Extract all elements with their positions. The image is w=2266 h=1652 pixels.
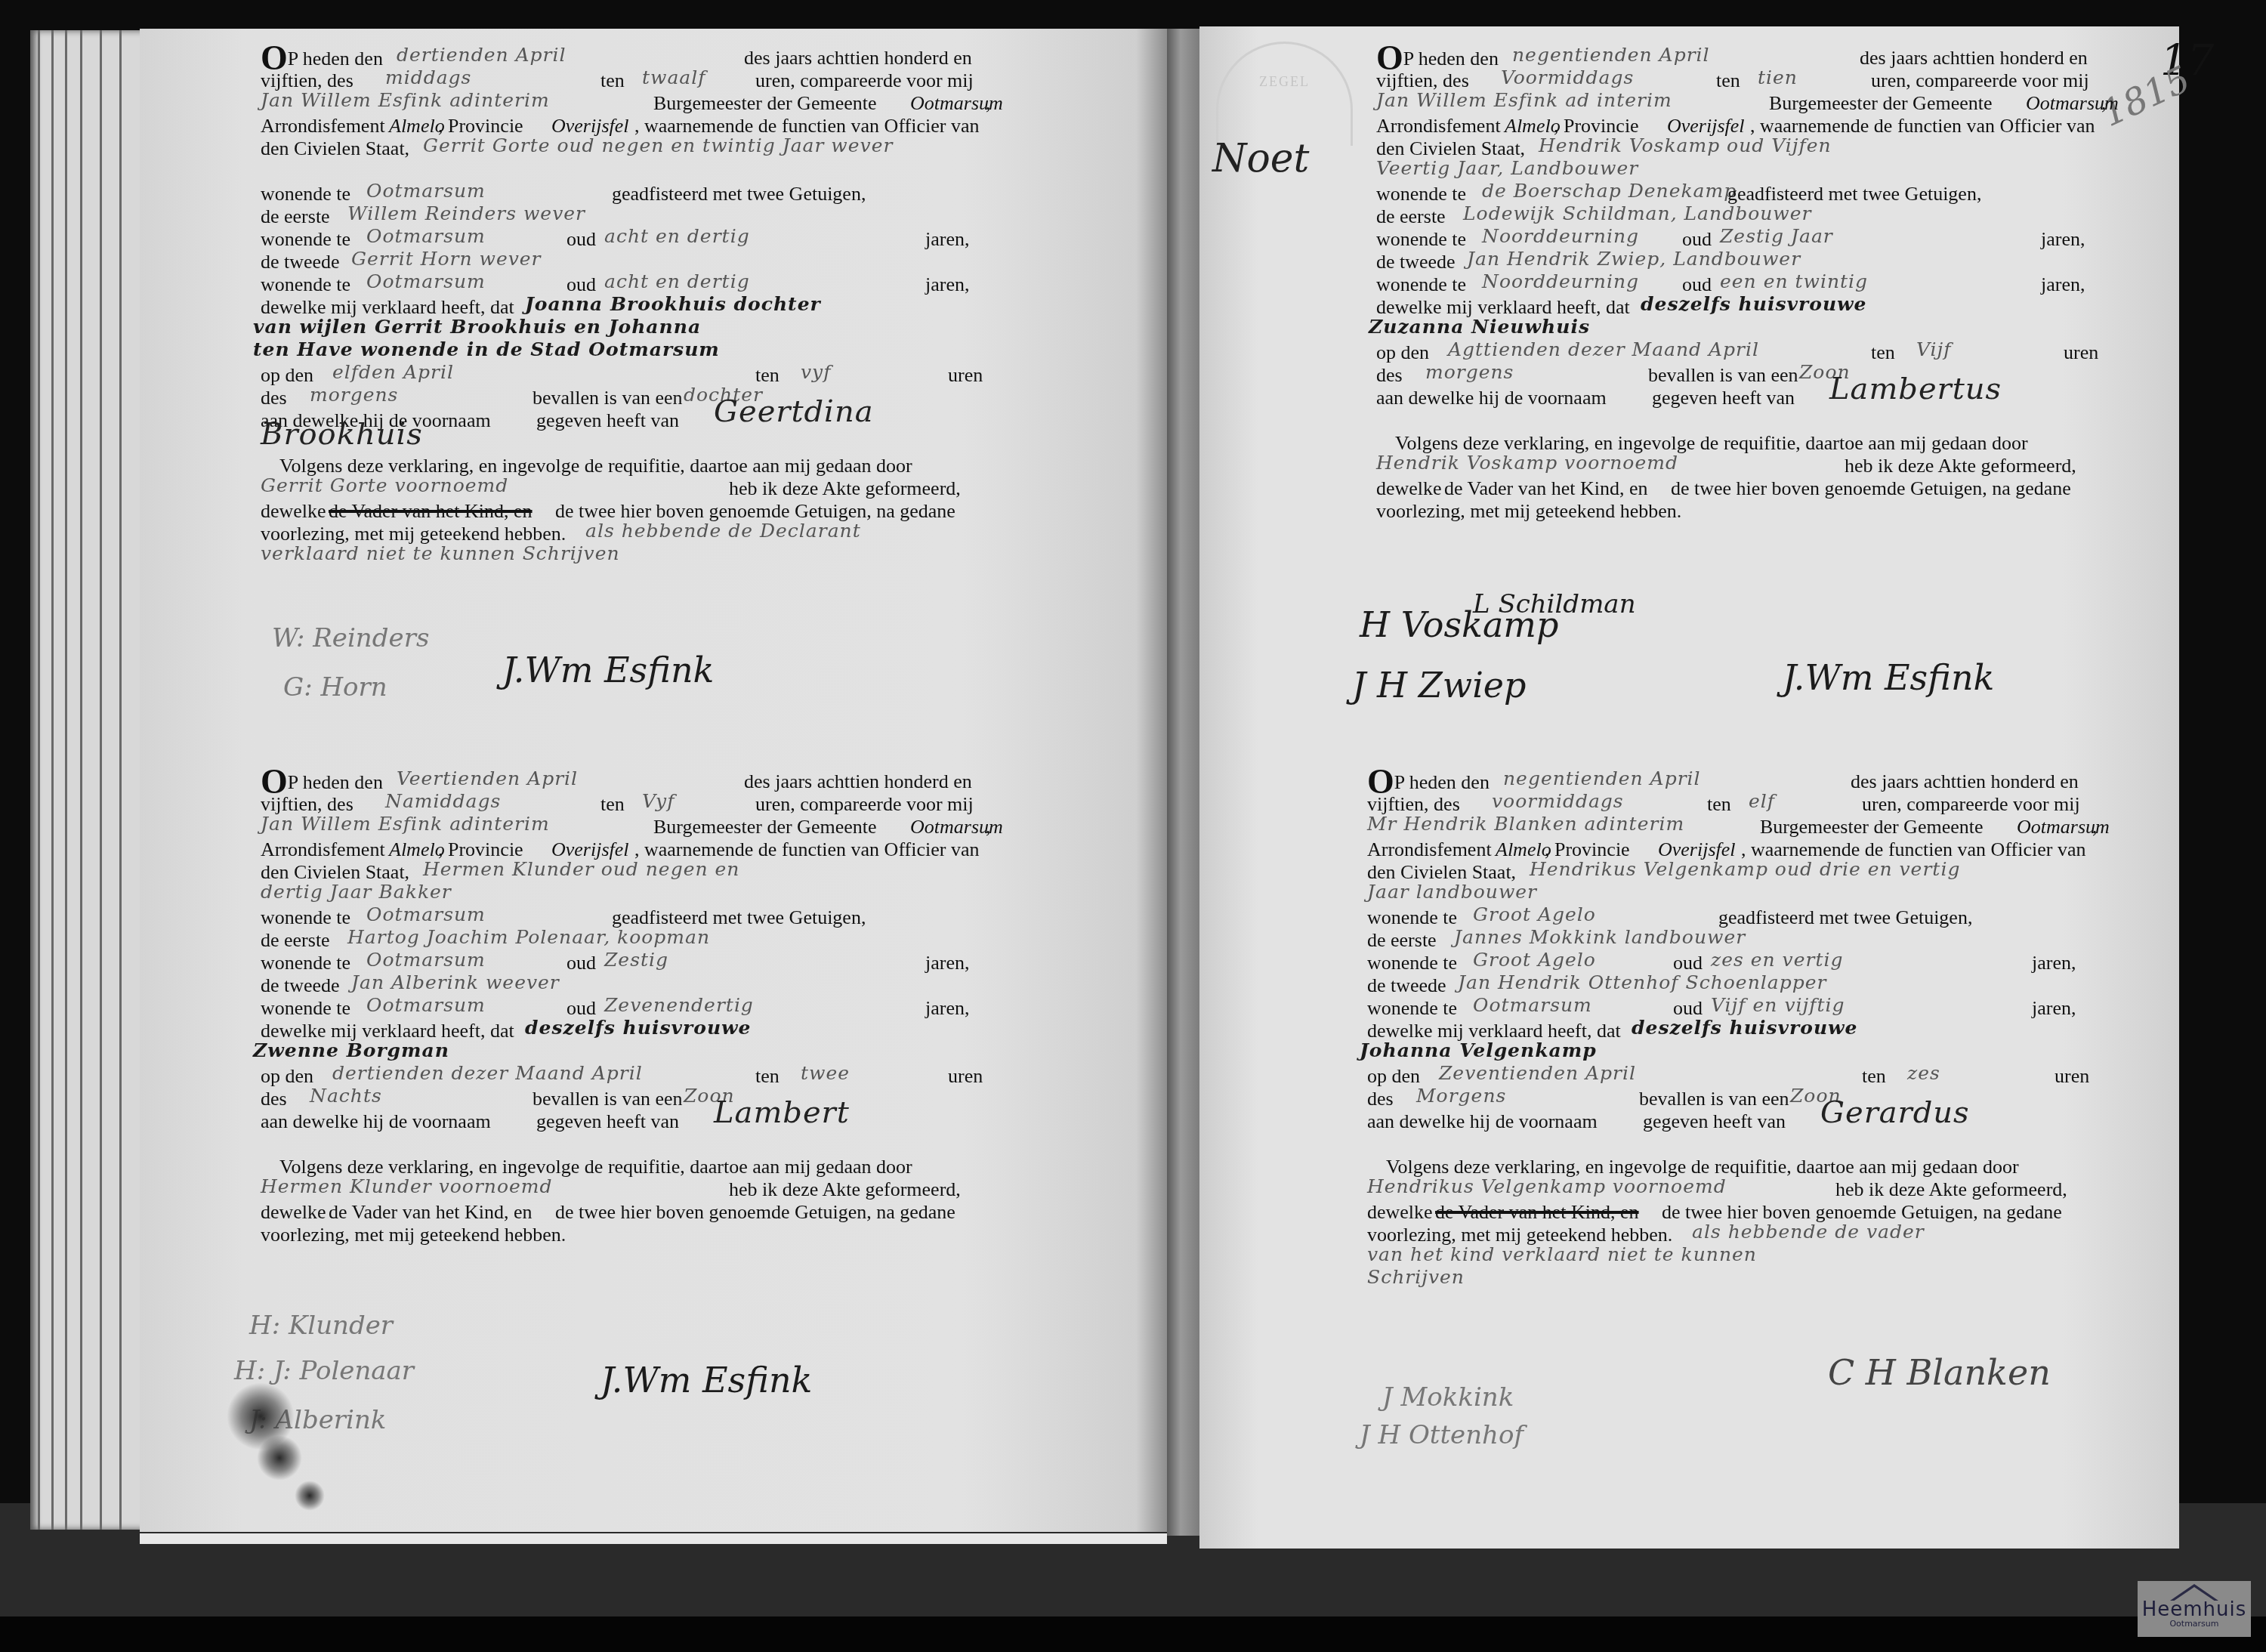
printed-text: des <box>1367 1088 1394 1110</box>
printed-text: jaren, <box>925 273 969 296</box>
handwritten-witness1: Lodewijk Schildman, Landbouwer <box>1463 202 1811 225</box>
printed-text: aan dewelke hij de voornaam <box>261 1110 491 1133</box>
handwritten-witness1: Hartog Joachim Polenaar, koopman <box>347 926 710 949</box>
handwritten-hour: tien <box>1758 66 1798 89</box>
handwritten-witness1: Jannes Mokkink landbouwer <box>1454 926 1746 949</box>
printed-text: heb ik deze Akte geformeerd, <box>729 477 961 500</box>
handwritten-birth-time-of-day: morgens <box>310 384 398 406</box>
printed-text: wonende te <box>261 997 350 1020</box>
printed-text: de Vader van het Kind, en <box>1435 1201 1639 1224</box>
handwritten-birth-date: elfden April <box>332 361 454 384</box>
handwritten-mother-line2: Zwenne Borgman <box>253 1039 449 1062</box>
signature-witness: H: Klunder <box>249 1311 393 1341</box>
printed-text: de Vader van het Kind, en <box>1444 477 1648 500</box>
handwritten-mother-line1: deszelfs huisvrouwe <box>1641 293 1867 316</box>
printed-text: ten <box>755 1065 780 1088</box>
printed-text: ten <box>1707 793 1731 816</box>
handwritten-hour: twaalf <box>642 66 706 89</box>
signature-official: J.Wm Esfink <box>502 650 714 690</box>
printed-text: , <box>2101 92 2107 115</box>
printed-text: de eerste <box>261 205 330 228</box>
handwritten-hour: Vyf <box>642 790 675 813</box>
signature-witness: J H Zwiep <box>1352 665 1527 706</box>
printed-text: gegeven heeft van <box>1643 1110 1786 1133</box>
printed-text: wonende te <box>261 183 350 205</box>
printed-text: de eerste <box>261 929 330 952</box>
printed-text: gegeven heeft van <box>536 409 679 432</box>
handwritten-witness2-age: Zevenendertig <box>604 994 754 1017</box>
printed-text: Burgemeester der Gemeente <box>653 92 877 115</box>
printed-text: wonende te <box>261 273 350 296</box>
ink-stain <box>295 1481 325 1511</box>
printed-text: wonende te <box>1376 183 1466 205</box>
printed-text: wonende te <box>1376 273 1466 296</box>
handwritten-mother-line2: van wijlen Gerrit Brookhuis en Johanna <box>253 316 701 338</box>
printed-text: ten <box>600 69 625 92</box>
stacked-page-edges <box>30 30 144 1530</box>
printed-text: , <box>986 92 991 115</box>
printed-text: uren <box>2055 1065 2089 1088</box>
printed-text: P heden den <box>1403 48 1499 69</box>
printed-text: heb ik deze Akte geformeerd, <box>1835 1178 2067 1201</box>
handwritten-annotation-line3: Schrijven <box>1367 1266 1465 1289</box>
printed-text: aan dewelke hij de voornaam <box>1376 387 1607 409</box>
signature-official: J.Wm Esfink <box>600 1360 812 1400</box>
printed-text: jaren, <box>925 952 969 974</box>
handwritten-witness1-age: zes en vertig <box>1711 949 1844 971</box>
printed-text: des <box>1376 364 1403 387</box>
printed-text: wonende te <box>261 228 350 251</box>
printed-text: des jaars achttien honderd en <box>744 47 972 69</box>
printed-text: Arrondisfement <box>261 838 385 861</box>
handwritten-mother-line1: deszelfs huisvrouwe <box>525 1017 752 1039</box>
handwritten-witness1-residence: Groot Agelo <box>1473 949 1596 971</box>
printed-text: voorlezing, met mij geteekend hebben. <box>1376 500 1681 523</box>
handwritten-birth-date: Agttienden dezer Maand April <box>1448 338 1759 361</box>
printed-text: bevallen is van een <box>533 387 683 409</box>
handwritten-hour: elf <box>1749 790 1775 813</box>
printed-text: ten <box>1862 1065 1886 1088</box>
printed-text: uren <box>948 364 983 387</box>
handwritten-birth-hour: Vijf <box>1916 338 1952 361</box>
handwritten-requisition-by: Hendrikus Velgenkamp voornoemd <box>1367 1175 1727 1198</box>
handwritten-mother-line3: ten Have wonende in de Stad Ootmarsum <box>253 338 720 361</box>
handwritten-birth-hour: twee <box>801 1062 850 1085</box>
signature-witness: W: Reinders <box>272 623 429 653</box>
handwritten-witness1-age: Zestig Jaar <box>1720 225 1833 248</box>
printed-text: voorlezing, met mij geteekend hebben. <box>261 1224 566 1246</box>
printed-text: uren, compareerde voor mij <box>755 69 974 92</box>
handwritten-declarant-line2: Jaar landbouwer <box>1367 881 1537 903</box>
printed-text: de twee hier boven genoemde Getuigen, na… <box>1671 477 2071 500</box>
handwritten-time-of-day: middags <box>385 66 471 89</box>
handwritten-annotation-line1: als hebbende de vader <box>1692 1221 1925 1243</box>
printed-text: bevallen is van een <box>533 1088 683 1110</box>
handwritten-annotation-line1: als hebbende de Declarant <box>585 520 861 542</box>
printed-text: gegeven heeft van <box>536 1110 679 1133</box>
signature-witness: J H Ottenhof <box>1360 1420 1524 1450</box>
handwritten-mother-line2: Zuzanna Nieuwhuis <box>1369 316 1590 338</box>
handwritten-witness2: Jan Hendrik Ottenhof Schoenlapper <box>1458 971 1826 994</box>
printed-text: wonende te <box>1376 228 1466 251</box>
printed-text: ten <box>600 793 625 816</box>
handwritten-declarant: Gerrit Gorte oud negen en twintig Jaar w… <box>423 134 893 157</box>
printed-text: gegeven heeft van <box>1652 387 1795 409</box>
printed-text: des <box>261 1088 287 1110</box>
printed-text: , <box>2092 816 2098 838</box>
handwritten-witness1-residence: Ootmarsum <box>366 225 486 248</box>
handwritten-witness2-age: een en twintig <box>1720 270 1868 293</box>
handwritten-mother-line1: deszelfs huisvrouwe <box>1632 1017 1858 1039</box>
printed-text: Arrondisfement <box>1367 838 1492 861</box>
printed-text: de tweede <box>1376 251 1456 273</box>
handwritten-declarant-line2: dertig Jaar Bakker <box>261 881 452 903</box>
printed-text: ten <box>1716 69 1740 92</box>
handwritten-official: Jan Willem Esfink adinterim <box>261 813 550 835</box>
handwritten-requisition-by: Hermen Klunder voornoemd <box>261 1175 553 1198</box>
printed-text: op den <box>261 364 313 387</box>
printed-text: dewelke <box>261 1201 326 1224</box>
handwritten-child-name: Geertdina <box>714 400 874 423</box>
background-shadow <box>0 1616 2266 1652</box>
printed-text: geadfisteerd met twee Getuigen, <box>612 183 866 205</box>
house-roof-icon <box>2170 1584 2218 1601</box>
handwritten-witness2-residence: Ootmarsum <box>366 270 486 293</box>
printed-text: wonende te <box>1367 952 1457 974</box>
printed-text: ten <box>1871 341 1895 364</box>
handwritten-birth-time-of-day: morgens <box>1425 361 1514 384</box>
handwritten-annotation-line2: van het kind verklaard niet te kunnen <box>1367 1243 1757 1266</box>
handwritten-requisition-by: Hendrik Voskamp voornoemd <box>1376 452 1678 474</box>
printed-text: de tweede <box>1367 974 1446 997</box>
printed-text: op den <box>1367 1065 1420 1088</box>
handwritten-birth-date: Zeventienden April <box>1439 1062 1636 1085</box>
printed-text: uren, compareerde voor mij <box>1862 793 2080 816</box>
handwritten-annotation-line2: verklaard niet te kunnen Schrijven <box>261 542 620 565</box>
printed-text: op den <box>261 1065 313 1088</box>
printed-text: , <box>986 816 991 838</box>
handwritten-witness2-residence: Ootmarsum <box>366 994 486 1017</box>
handwritten-time-of-day: Voormiddags <box>1501 66 1634 89</box>
printed-text: dewelke <box>1376 477 1442 500</box>
printed-text: des <box>261 387 287 409</box>
printed-text: bevallen is van een <box>1639 1088 1789 1110</box>
printed-text: jaren, <box>2032 952 2076 974</box>
printed-text: P heden den <box>288 48 383 69</box>
printed-text: wonende te <box>261 906 350 929</box>
handwritten-birth-time-of-day: Nachts <box>310 1085 382 1107</box>
printed-text: P heden den <box>1394 771 1490 793</box>
handwritten-birth-date: dertienden dezer Maand April <box>332 1062 643 1085</box>
printed-text: Burgemeester der Gemeente <box>653 816 877 838</box>
handwritten-declarant-line2: Veertig Jaar, Landbouwer <box>1376 157 1638 180</box>
handwritten-declarant-residence: de Boerschap Denekamp <box>1482 180 1737 202</box>
heemhuis-logo: Heemhuis Ootmarsum <box>2138 1581 2251 1637</box>
printed-text: de eerste <box>1367 929 1437 952</box>
printed-text: de Vader van het Kind, en <box>329 1201 533 1224</box>
printed-text: uren, compareerde voor mij <box>755 793 974 816</box>
handwritten-declarant: Hendrik Voskamp oud Vijfen <box>1539 134 1832 157</box>
printed-text: dewelke <box>1367 1201 1433 1224</box>
printed-text: bevallen is van een <box>1648 364 1798 387</box>
handwritten-witness2-residence: Noorddeurning <box>1482 270 1639 293</box>
printed-text: aan dewelke hij de voornaam <box>1367 1110 1598 1133</box>
printed-text: jaren, <box>2041 273 2085 296</box>
printed-text: jaren, <box>925 997 969 1020</box>
printed-text: uren, compareerde voor mij <box>1871 69 2089 92</box>
printed-text: jaren, <box>2032 997 2076 1020</box>
handwritten-official: Jan Willem Esfink ad interim <box>1376 89 1672 112</box>
printed-text: wonende te <box>261 952 350 974</box>
printed-text: jaren, <box>2041 228 2085 251</box>
printed-text: des jaars achttien honderd en <box>744 770 972 793</box>
handwritten-declarant: Hermen Klunder oud negen en <box>423 858 739 881</box>
printed-text: de eerste <box>1376 205 1446 228</box>
printed-text: heb ik deze Akte geformeerd, <box>1845 455 2076 477</box>
handwritten-witness2: Jan Hendrik Zwiep, Landbouwer <box>1467 248 1801 270</box>
handwritten-birth-hour: zes <box>1907 1062 1940 1085</box>
handwritten-requisition-by: Gerrit Gorte voornoemd <box>261 474 508 497</box>
handwritten-witness1: Willem Reinders wever <box>347 202 585 225</box>
signature-official: J.Wm Esfink <box>1783 657 1994 698</box>
printed-text: wonende te <box>1367 906 1457 929</box>
handwritten-witness2: Jan Alberink weever <box>351 971 560 994</box>
handwritten-witness2-age: acht en dertig <box>604 270 750 293</box>
handwritten-time-of-day: Namiddags <box>385 790 501 813</box>
signature-witness: L Schildman <box>1473 589 1636 619</box>
handwritten-date: dertienden April <box>397 44 566 66</box>
printed-text: uren <box>2064 341 2098 364</box>
handwritten-official: Mr Hendrik Blanken adinterim <box>1367 813 1684 835</box>
printed-text: de Vader van het Kind, en <box>329 500 533 523</box>
margin-note: Noet <box>1212 136 1309 181</box>
handwritten-witness1-residence: Noorddeurning <box>1482 225 1639 248</box>
printed-text: de tweede <box>261 251 340 273</box>
handwritten-witness1-age: acht en dertig <box>604 225 750 248</box>
printed-text: de twee hier boven genoemde Getuigen, na… <box>555 1201 955 1224</box>
handwritten-date: negentienden April <box>1512 44 1710 66</box>
book-gutter <box>1167 29 1201 1536</box>
handwritten-time-of-day: voormiddags <box>1492 790 1624 813</box>
printed-text: dewelke <box>261 500 326 523</box>
printed-text: oud <box>566 228 596 251</box>
printed-text: op den <box>1376 341 1429 364</box>
handwritten-witness1-residence: Ootmarsum <box>366 949 486 971</box>
printed-text: des jaars achttien honderd en <box>1860 47 2088 69</box>
handwritten-mother-line2: Johanna Velgenkamp <box>1360 1039 1597 1062</box>
printed-text: Burgemeester der Gemeente <box>1769 92 1993 115</box>
handwritten-birth-time-of-day: Morgens <box>1416 1085 1506 1107</box>
printed-text: den Civielen Staat, <box>261 137 409 160</box>
signature-official: C H Blanken <box>1828 1352 2051 1393</box>
handwritten-child-name: Gerardus <box>1820 1101 1970 1124</box>
handwritten-date: Veertienden April <box>397 767 578 790</box>
handwritten-official: Jan Willem Esfink adinterim <box>261 89 550 112</box>
handwritten-witness1-age: Zestig <box>604 949 668 971</box>
printed-text: Arrondisfement <box>1376 115 1501 137</box>
printed-text: Burgemeester der Gemeente <box>1760 816 1984 838</box>
handwritten-witness2-age: Vijf en vijftig <box>1711 994 1845 1017</box>
handwritten-child-name-line2: Brookhuis <box>261 423 423 446</box>
printed-text: P heden den <box>288 771 383 793</box>
signature-witness: G: Horn <box>283 672 387 702</box>
printed-text: Arrondisfement <box>261 115 385 137</box>
handwritten-child-name: Lambert <box>714 1101 850 1124</box>
page-bottom-edge <box>140 1533 1167 1544</box>
printed-text: de tweede <box>261 974 340 997</box>
handwritten-declarant-residence: Ootmarsum <box>366 180 486 202</box>
signature-witness: H: J: Polenaar <box>234 1356 414 1386</box>
handwritten-witness2: Gerrit Horn wever <box>351 248 542 270</box>
printed-text: oud <box>566 952 596 974</box>
handwritten-witness2-residence: Ootmarsum <box>1473 994 1592 1017</box>
printed-text: geadfisteerd met twee Getuigen, <box>1718 906 1972 929</box>
handwritten-birth-hour: vyf <box>801 361 832 384</box>
handwritten-declarant-residence: Ootmarsum <box>366 903 486 926</box>
printed-text: des jaars achttien honderd en <box>1851 770 2079 793</box>
printed-text: jaren, <box>925 228 969 251</box>
ink-stain <box>257 1435 302 1481</box>
handwritten-declarant: Hendrikus Velgenkamp oud drie en vertig <box>1530 858 1960 881</box>
handwritten-date: negentienden April <box>1503 767 1701 790</box>
printed-text: uren <box>948 1065 983 1088</box>
signature-witness: J Mokkink <box>1382 1382 1514 1413</box>
handwritten-mother-line1: Joanna Brookhuis dochter <box>525 293 821 316</box>
printed-text: heb ik deze Akte geformeerd, <box>729 1178 961 1201</box>
handwritten-child-name: Lambertus <box>1829 378 2002 400</box>
handwritten-declarant-residence: Groot Agelo <box>1473 903 1596 926</box>
printed-text: wonende te <box>1367 997 1457 1020</box>
